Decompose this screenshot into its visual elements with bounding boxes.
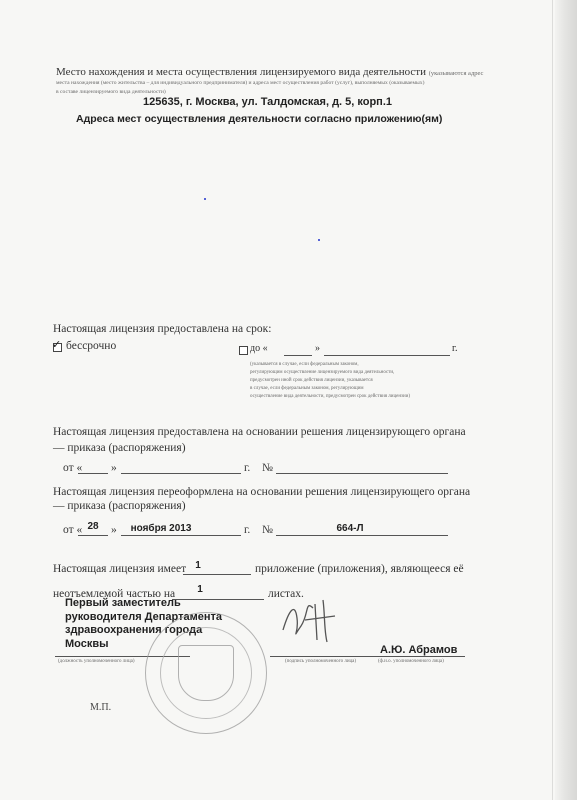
basis-granted-day-field[interactable] xyxy=(78,473,108,474)
basis-reissued-month-value: ноября 2013 xyxy=(121,523,201,534)
appendix-sheets-value: 1 xyxy=(185,584,215,595)
page-edge-line xyxy=(552,0,553,800)
check-mark-icon: ✓ xyxy=(52,339,61,350)
term-until-day-field[interactable] xyxy=(284,355,312,356)
seal-label: М.П. xyxy=(90,702,111,713)
basis-reissued-year-suffix: г. xyxy=(244,524,250,536)
term-until-quote: » xyxy=(315,343,320,354)
signatory-name: А.Ю. Абрамов xyxy=(380,644,457,656)
term-until-suffix: г. xyxy=(452,343,457,354)
basis-granted-number-field[interactable] xyxy=(276,473,448,474)
basis-reissued-text-line1: Настоящая лицензия переоформлена на осно… xyxy=(53,486,470,498)
term-note-line: регулирующим осуществление лицензируемог… xyxy=(250,369,410,377)
basis-reissued-month-field[interactable] xyxy=(121,535,241,536)
basis-granted-text-line2: — приказа (распоряжения) xyxy=(53,442,186,454)
location-heading-note: (указываются адрес xyxy=(429,70,484,77)
location-heading: Место нахождения и места осуществления л… xyxy=(56,66,483,78)
license-address: 125635, г. Москва, ул. Талдомская, д. 5,… xyxy=(143,96,392,108)
basis-granted-text-line1: Настоящая лицензия предоставлена на осно… xyxy=(53,426,466,438)
scan-speck xyxy=(204,198,206,200)
license-page: Место нахождения и места осуществления л… xyxy=(0,0,577,800)
term-until-note: (указывается в случае, если федеральным … xyxy=(250,361,410,401)
location-note-line2: места нахождения (место жительства – для… xyxy=(56,80,424,86)
term-note-line: осуществление вида деятельности, предусм… xyxy=(250,393,410,401)
location-note-line3: в составе лицензируемого вида деятельнос… xyxy=(56,89,166,95)
address-appendix-note: Адреса мест осуществления деятельности с… xyxy=(76,113,442,125)
term-label: Настоящая лицензия предоставлена на срок… xyxy=(53,323,271,335)
page-edge-shadow xyxy=(555,0,577,800)
term-note-line: в случае, если федеральным законом, регу… xyxy=(250,385,410,393)
term-note-line: (указывается в случае, если федеральным … xyxy=(250,361,410,369)
appendix-count-field[interactable] xyxy=(183,574,251,575)
scan-speck xyxy=(318,239,320,241)
name-line xyxy=(370,656,465,657)
position-caption: (должность уполномоченного лица) xyxy=(58,659,135,664)
term-until-prefix: до « xyxy=(250,343,268,354)
appendix-count-value: 1 xyxy=(183,560,213,571)
appendix-line1-prefix: Настоящая лицензия имеет xyxy=(53,563,186,575)
basis-reissued-number-value: 664-Л xyxy=(300,523,400,534)
term-until-checkbox[interactable] xyxy=(239,346,248,355)
basis-granted-year-suffix: г. xyxy=(244,462,250,474)
official-seal-icon xyxy=(145,612,267,734)
moscow-coat-of-arms-icon xyxy=(178,645,234,701)
appendix-line1-suffix: приложение (приложения), являющееся её xyxy=(255,563,464,575)
signature-line xyxy=(270,656,380,657)
signature-caption: (подпись уполномоченного лица) xyxy=(285,659,356,664)
basis-reissued-number-label: № xyxy=(262,524,273,536)
signature-icon xyxy=(275,590,355,650)
basis-reissued-day-value: 28 xyxy=(78,521,108,532)
basis-reissued-day-field[interactable] xyxy=(78,535,108,536)
term-note-line: предусмотрен иной срок действия лицензии… xyxy=(250,377,410,385)
basis-granted-month-field[interactable] xyxy=(121,473,241,474)
location-heading-text: Место нахождения и места осуществления л… xyxy=(56,66,426,78)
basis-granted-quote: » xyxy=(111,462,117,474)
term-until-month-field[interactable] xyxy=(324,355,450,356)
basis-reissued-quote: » xyxy=(111,524,117,536)
basis-reissued-number-field[interactable] xyxy=(276,535,448,536)
term-indefinite-label: бессрочно xyxy=(66,340,116,352)
name-caption: (ф.и.о. уполномоченного лица) xyxy=(378,659,444,664)
basis-granted-number-label: № xyxy=(262,462,273,474)
signatory-position-line: Первый заместитель xyxy=(65,597,222,611)
basis-reissued-text-line2: — приказа (распоряжения) xyxy=(53,500,186,512)
